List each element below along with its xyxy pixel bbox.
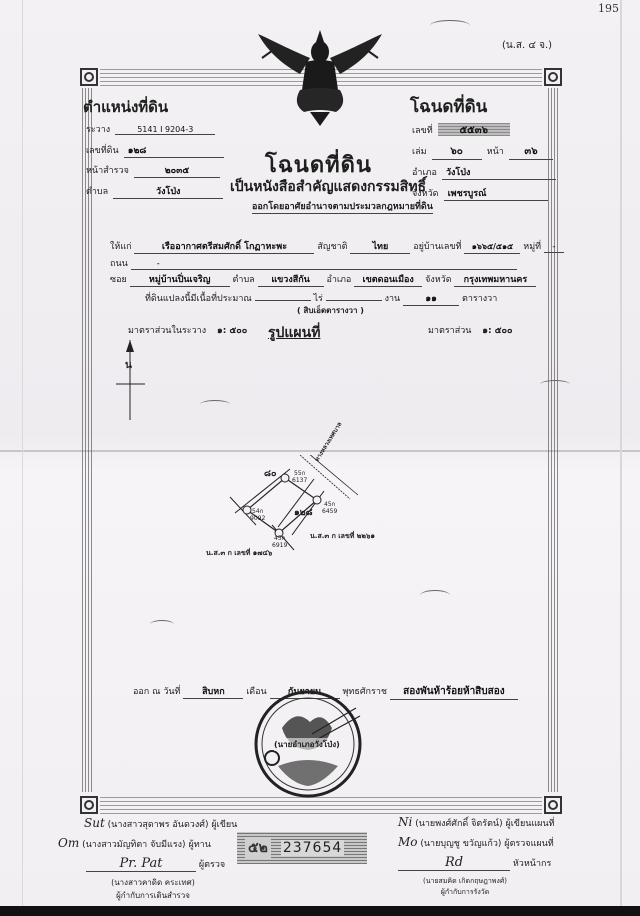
signer-name: (นางสาวมัญทิตา จับมีแรง) [82, 840, 185, 850]
paper-fiber [200, 400, 230, 409]
right-supervisor-caption: (นายสมคิด เกิดกฤษฎาพงศ์) ผู้กำกับการรังว… [400, 876, 530, 898]
owner-tambon-label: ตำบล [233, 275, 255, 285]
signer-role: ผู้ทาน [188, 840, 210, 850]
signature-reviewer: Om (นางสาวมัญทิตา จับมีแรง) ผู้ทาน [58, 836, 211, 851]
marker-id: 45ก [272, 535, 287, 542]
signer-role: หัวหน้ากร [513, 859, 551, 869]
area-sqwa-label: ตารางวา [462, 294, 497, 304]
page-value: ๓๖ [509, 144, 553, 160]
scale-label: มาตราส่วน [428, 326, 471, 336]
paper-fiber [150, 620, 174, 629]
rawang-value: 5141 I 9204-3 [115, 125, 215, 135]
area-sqwa-value: ๑๑ [403, 291, 459, 306]
north-arrow-icon: น [113, 340, 153, 420]
signature-map-writer: Ni (นายพงศ์ศักดิ์ จิตรัตน์) ผู้เขียนแผนท… [398, 815, 555, 830]
marker-id: 55ก [292, 470, 307, 477]
road-value: - [131, 259, 517, 270]
owner-province-label: จังหวัด [425, 275, 452, 285]
corner-ornament-icon [544, 68, 562, 86]
signer-role: ผู้ตรวจแผนที่ [504, 839, 553, 849]
deed-number-label: เลขที่ [412, 126, 433, 136]
province-value: เพชรบูรณ์ [444, 186, 548, 201]
corner-page-note: 195 [598, 2, 619, 15]
area-rai-label: ไร่ [313, 294, 322, 304]
soi-label: ซอย [110, 275, 127, 285]
supervisor-title: ผู้กำกับการรังวัด [400, 887, 530, 898]
survey-page-field: หน้าสำรวจ ๒๐๓๕ [86, 158, 220, 178]
survey-page-value: ๒๐๓๕ [134, 163, 220, 178]
neighbor-bottom-label: น.ส.๓ ก เลขที่ ๑๗๔๖ [206, 548, 272, 559]
left-supervisor-caption: (นางสาวคาดิด คระเทศ) ผู้กำกับการเดินสำรว… [88, 876, 218, 902]
address-row: ซอย หมู่บ้านปิ่นเจริญ ตำบล แขวงสีกัน อำเ… [110, 272, 536, 287]
signer-role: ผู้เขียนแผนที่ [505, 819, 554, 829]
marker-id: 45ก [322, 501, 337, 508]
scanned-deed-page: 195 (น.ส. ๔ จ.) ตำแหน่งที่ดิน ระวาง 5141… [0, 0, 640, 906]
supervisor-name: (นายสมคิด เกิดกฤษฎาพงศ์) [400, 876, 530, 887]
neighbor-top-label: ๘๐ [264, 466, 276, 480]
scale-rawang-value: ๑: ๕๐๐ [217, 326, 247, 336]
serial-prefix: ๕๒ [245, 837, 271, 859]
deed-number-field: เลขที่ ๕๕๓๖ [412, 118, 510, 137]
rawang-label: ระวาง [86, 125, 110, 135]
corner-ornament-icon [544, 796, 562, 814]
border-right [548, 88, 560, 792]
scale-value: ๑: ๕๐๐ [482, 326, 512, 336]
survey-page-label: หน้าสำรวจ [86, 166, 129, 176]
scan-bottom-edge [0, 906, 640, 916]
tambon-field: ตำบล วังโป่ง [86, 179, 223, 199]
serial-number-box: ๕๒ 237654 [237, 832, 367, 864]
land-position-heading: ตำแหน่งที่ดิน [83, 95, 168, 119]
fold-crease-left [22, 0, 23, 906]
signature-mark: Sut [84, 816, 105, 830]
tambon-value: วังโป่ง [113, 184, 223, 199]
scale-row: มาตราส่วน ๑: ๕๐๐ [428, 323, 513, 337]
marker-id: 54ก [250, 508, 265, 515]
rawang-field: ระวาง 5141 I 9204-3 [86, 117, 215, 136]
soi-value: หมู่บ้านปิ่นเจริญ [130, 272, 230, 287]
plot-number-label: ๑๒๘ [294, 505, 313, 519]
signature-mark: Om [58, 836, 79, 850]
owner-amphoe-label: อำเภอ [326, 275, 351, 285]
signer-name: (นายบุญชู ขวัญแก้ว) [420, 839, 501, 849]
corner-ornament-icon [80, 68, 98, 86]
supervisor-name: (นางสาวคาดิด คระเทศ) [88, 876, 218, 889]
area-ngan-value [326, 300, 382, 301]
volume-label: เล่ม [412, 147, 427, 157]
page-label: หน้า [487, 147, 504, 157]
moo-label: หมู่ที่ [523, 242, 541, 252]
plot-map-diagram [190, 455, 390, 590]
seal-official-name: (นายอำเภอวังโป่ง) [274, 738, 340, 751]
issue-year: สองพันห้าร้อยห้าสิบสอง [390, 684, 518, 700]
fold-crease-vertical [620, 0, 622, 906]
land-no-value: ๑๒๘ [124, 143, 224, 158]
signature-mark: Pr. Pat [86, 856, 196, 872]
house-no-value: ๑๖๖๕/๕๑๕ [464, 240, 520, 254]
garuda-emblem-icon [256, 28, 384, 128]
issue-prefix: ออก ณ วันที่ [133, 687, 180, 697]
signature-writer: Sut (นางสาวสุดาพร อันดวงศ์) ผู้เขียน [84, 816, 237, 831]
marker-code: 6459 [322, 508, 337, 515]
land-no-field: เลขที่ดิน ๑๒๘ [86, 138, 224, 158]
serial-number: 237654 [281, 840, 344, 856]
signature-mark: Ni [398, 815, 412, 829]
paper-fiber [420, 590, 450, 601]
amphoe-value: วังโป่ง [442, 165, 556, 180]
tambon-label: ตำบล [86, 187, 108, 197]
signature-mark: Mo [398, 835, 418, 849]
area-ngan-label: งาน [385, 294, 401, 304]
owner-amphoe-value: เขตดอนเมือง [354, 272, 422, 287]
area-in-words: ( สิบเอ็ดตารางวา ) [297, 304, 364, 317]
scale-rawang-label: มาตราส่วนในระวาง [128, 326, 206, 336]
marker-4: 45ก 6919 [272, 535, 287, 549]
signature-chief: Rd หัวหน้ากร [398, 855, 551, 871]
signer-role: ผู้ตรวจ [199, 860, 225, 870]
province-field: จังหวัด เพชรบูรณ์ [412, 181, 548, 201]
owner-province-value: กรุงเทพมหานคร [454, 272, 536, 287]
document-subtitle: เป็นหนังสือสำคัญแสดงกรรมสิทธิ์ [230, 176, 426, 198]
signature-inspector: Pr. Pat ผู้ตรวจ [86, 856, 225, 872]
area-intro: ที่ดินแปลงนี้มีเนื้อที่ประมาณ [145, 294, 252, 304]
signer-role: ผู้เขียน [211, 820, 237, 830]
owner-name: เรืออากาศตรีสมศักดิ์ โกฏาหะพะ [134, 239, 314, 254]
north-label: น [125, 358, 132, 373]
deed-heading: โฉนดที่ดิน [410, 93, 487, 120]
land-no-label: เลขที่ดิน [86, 146, 119, 156]
nationality-label: สัญชาติ [317, 242, 347, 252]
area-rai-value [255, 300, 311, 301]
neighbor-right-label: น.ส.๓ ก เลขที่ ๒๒๖๑ [310, 531, 375, 542]
signer-name: (นายพงศ์ศักดิ์ จิตรัตน์) [415, 819, 502, 829]
to-label: ให้แก่ [110, 242, 132, 252]
marker-code: 9092 [250, 515, 265, 522]
corner-ornament-icon [80, 796, 98, 814]
paper-fiber [540, 380, 570, 389]
marker-1: 55ก 6137 [292, 470, 307, 484]
road-label: ถนน [110, 259, 128, 269]
signature-map-inspector: Mo (นายบุญชู ขวัญแก้ว) ผู้ตรวจแผนที่ [398, 835, 554, 850]
marker-3: 54ก 9092 [250, 508, 265, 522]
form-code: (น.ส. ๔ จ.) [502, 38, 552, 53]
volume-page-field: เล่ม ๖๐ หน้า ๓๖ [412, 139, 553, 160]
issue-day: สิบหก [183, 684, 243, 699]
signature-mark: Rd [398, 855, 510, 871]
marker-code: 6919 [272, 542, 287, 549]
official-seal-stamp: (นายอำเภอวังโป่ง) [252, 688, 364, 800]
map-title: รูปแผนที่ [268, 322, 320, 344]
supervisor-title: ผู้กำกับการเดินสำรวจ [88, 889, 218, 902]
deed-number-value: ๕๕๓๖ [438, 123, 510, 136]
scale-rawang-row: มาตราส่วนในระวาง ๑: ๕๐๐ [128, 323, 247, 337]
house-no-label: อยู่บ้านเลขที่ [413, 242, 461, 252]
issued-under-text: ออกโดยอาศัยอำนาจตามประมวลกฎหมายที่ดิน [252, 199, 433, 214]
owner-tambon-value: แขวงสีกัน [258, 272, 324, 287]
marker-2: 45ก 6459 [322, 501, 337, 515]
moo-value: - [544, 242, 564, 253]
marker-code: 6137 [292, 477, 307, 484]
amphoe-field: อำเภอ วังโป่ง [412, 160, 556, 180]
road-row: ถนน - [110, 256, 517, 270]
paper-fiber [430, 20, 470, 31]
nationality-value: ไทย [350, 239, 410, 254]
owner-row: ให้แก่ เรืออากาศตรีสมศักดิ์ โกฏาหะพะ สัญ… [110, 239, 564, 254]
signer-name: (นางสาวสุดาพร อันดวงศ์) [108, 820, 209, 830]
volume-value: ๖๐ [432, 144, 482, 160]
